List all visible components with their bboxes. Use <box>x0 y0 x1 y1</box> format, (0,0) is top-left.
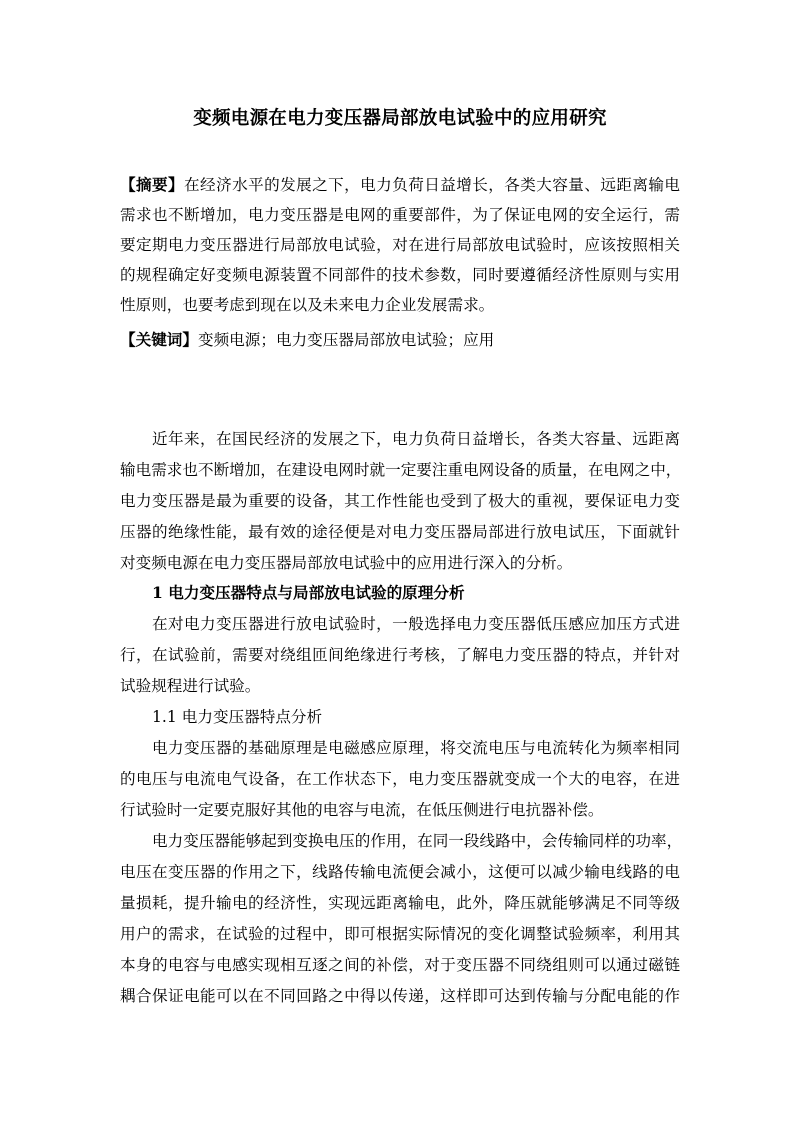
keywords-label: 【关键词】 <box>120 330 198 349</box>
para-line: 行试验时一定要克服好其他的电容与电流，在低压侧进行电抗器补偿。 <box>120 799 680 821</box>
page-title: 变频电源在电力变压器局部放电试验中的应用研究 <box>120 104 680 130</box>
section-heading: 1 电力变压器特点与局部放电试验的原理分析 <box>152 582 680 604</box>
abstract-line: 需求也不断增加，电力变压器是电网的重要部件，为了保证电网的安全运行，需 <box>120 204 680 226</box>
abstract-line: 的规程确定好变频电源装置不同部件的技术参数，同时要遵循经济性原则与实用 <box>120 264 680 286</box>
para-line: 本身的电容与电感实现相互逐之间的补偿，对于变压器不同绕组则可以通过磁链 <box>120 954 680 976</box>
abstract-line: 要定期电力变压器进行局部放电试验，对在进行局部放电试验时，应该按照相关 <box>120 234 680 256</box>
section1-line: 试验规程进行试验。 <box>120 675 680 697</box>
para-line: 电力变压器的基础原理是电磁感应原理，将交流电压与电流转化为频率相同 <box>152 737 680 759</box>
para-line: 电压在变压器的作用之下，线路传输电流便会减小，这便可以减少输电线路的电 <box>120 861 680 883</box>
subsection-heading: 1.1 电力变压器特点分析 <box>152 706 680 728</box>
para-line: 量损耗，提升输电的经济性，实现远距离输电，此外，降压就能够满足不同等级 <box>120 892 680 914</box>
section1-line: 在对电力变压器进行放电试验时，一般选择电力变压器低压感应加压方式进 <box>152 613 680 635</box>
intro-line: 电力变压器是最为重要的设备，其工作性能也受到了极大的重视，要保证电力变 <box>120 490 680 512</box>
intro-line: 对变频电源在电力变压器局部放电试验中的应用进行深入的分析。 <box>120 552 680 574</box>
abstract-line: 性原则，也要考虑到现在以及未来电力企业发展需求。 <box>120 294 680 316</box>
intro-line: 近年来，在国民经济的发展之下，电力负荷日益增长，各类大容量、远距离 <box>152 428 680 450</box>
intro-line: 压器的绝缘性能，最有效的途径便是对电力变压器局部进行放电试压，下面就针 <box>120 521 680 543</box>
abstract-label: 【摘要】 <box>120 175 184 194</box>
section1-line: 行，在试验前，需要对绕组匝间绝缘进行考核，了解电力变压器的特点，并针对 <box>120 644 680 666</box>
para-line: 电力变压器能够起到变换电压的作用，在同一段线路中，会传输同样的功率， <box>152 830 680 852</box>
para-line: 的电压与电流电气设备，在工作状态下，电力变压器就变成一个大的电容，在进 <box>120 768 680 790</box>
keywords-text: 变频电源；电力变压器局部放电试验；应用 <box>198 331 494 349</box>
para-line: 耦合保证电能可以在不同回路之中得以传递，这样即可达到传输与分配电能的作 <box>120 985 680 1007</box>
intro-line: 输电需求也不断增加，在建设电网时就一定要注重电网设备的质量，在电网之中， <box>120 459 680 481</box>
abstract-line: 【摘要】在经济水平的发展之下，电力负荷日益增长，各类大容量、远距离输电 <box>120 174 680 196</box>
para-line: 用户的需求，在试验的过程中，即可根据实际情况的变化调整试验频率，利用其 <box>120 923 680 945</box>
keywords-line: 【关键词】变频电源；电力变压器局部放电试验；应用 <box>120 329 680 351</box>
